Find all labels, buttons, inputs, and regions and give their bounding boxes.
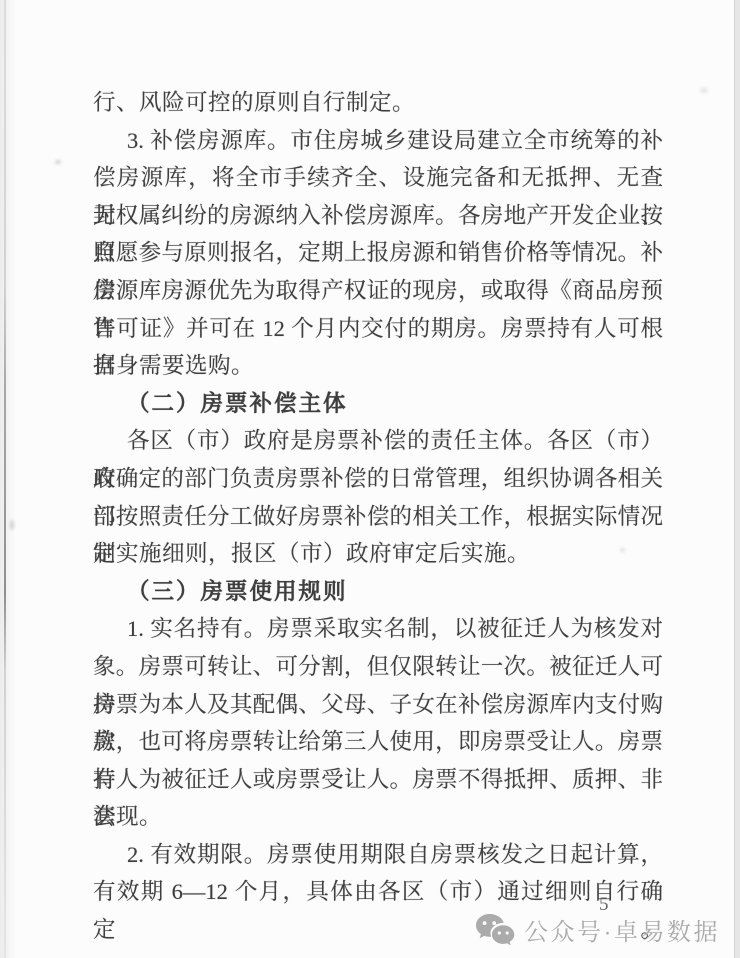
text-line: 3. 补偿房源库。市住房城乡建设局建立全市统筹的补: [93, 122, 663, 160]
scan-speck: [700, 88, 708, 93]
text-line: 套现。: [93, 798, 663, 836]
text-line: 偿房源库，将全市手续齐全、设施完备和无抵押、无查封、: [93, 159, 663, 197]
scan-speck: [55, 160, 61, 164]
text-line: 自愿参与原则报名，定期上报房源和销售价格等情况。补偿: [93, 234, 663, 272]
text-line: 门按照责任分工做好房票补偿的相关工作，根据实际情况制: [93, 498, 663, 536]
scan-left-shade: [0, 0, 16, 958]
scan-edge-line: [4, 0, 6, 958]
scan-edge-right: [734, 0, 740, 958]
text-line: 2. 有效期限。房票使用期限自房票核发之日起计算，: [93, 836, 663, 874]
text-line: 1. 实名持有。房票采取实名制，以被征迁人为核发对: [93, 610, 663, 648]
text-block: 行、风险可控的原则自行制定。3. 补偿房源库。市住房城乡建设局建立全市统筹的补偿…: [93, 84, 663, 911]
text-line: 房源库房源优先为取得产权证的现房，或取得《商品房预售: [93, 272, 663, 310]
text-line: 有人为被征迁人或房票受让人。房票不得抵押、质押、非法: [93, 761, 663, 799]
text-line: 无权属纠纷的房源纳入补偿房源库。各房地产开发企业按照: [93, 197, 663, 235]
text-line: 许可证》并可在 12 个月内交付的期房。房票持有人可根据: [93, 310, 663, 348]
text-line: 行、风险可控的原则自行制定。: [93, 84, 663, 122]
text-line: 房票为本人及其配偶、父母、子女在补偿房源库内支付购房: [93, 686, 663, 724]
text-line: 自身需要选购。: [93, 347, 663, 385]
text-line: 象。房票可转让、可分割，但仅限转让一次。被征迁人可持: [93, 648, 663, 686]
text-line: 府确定的部门负责房票补偿的日常管理，组织协调各相关部: [93, 460, 663, 498]
wechat-icon: [475, 913, 515, 946]
text-line: 定实施细则，报区（市）政府审定后实施。: [93, 535, 663, 573]
text-line: 款，也可将房票转让给第三人使用，即房票受让人。房票持: [93, 723, 663, 761]
heading-line: （三）房票使用规则: [93, 573, 663, 611]
text-line: 有效期 6—12 个月，具体由各区（市）通过细则自行确定。: [93, 873, 663, 911]
heading-line: （二）房票补偿主体: [93, 385, 663, 423]
watermark-text: 公众号·卓易数据: [524, 912, 720, 947]
document-page: 行、风险可控的原则自行制定。3. 补偿房源库。市住房城乡建设局建立全市统筹的补偿…: [0, 0, 740, 958]
watermark: 公众号·卓易数据: [475, 912, 720, 947]
scan-speck: [10, 520, 14, 530]
text-line: 各区（市）政府是房票补偿的责任主体。各区（市）政: [93, 422, 663, 460]
